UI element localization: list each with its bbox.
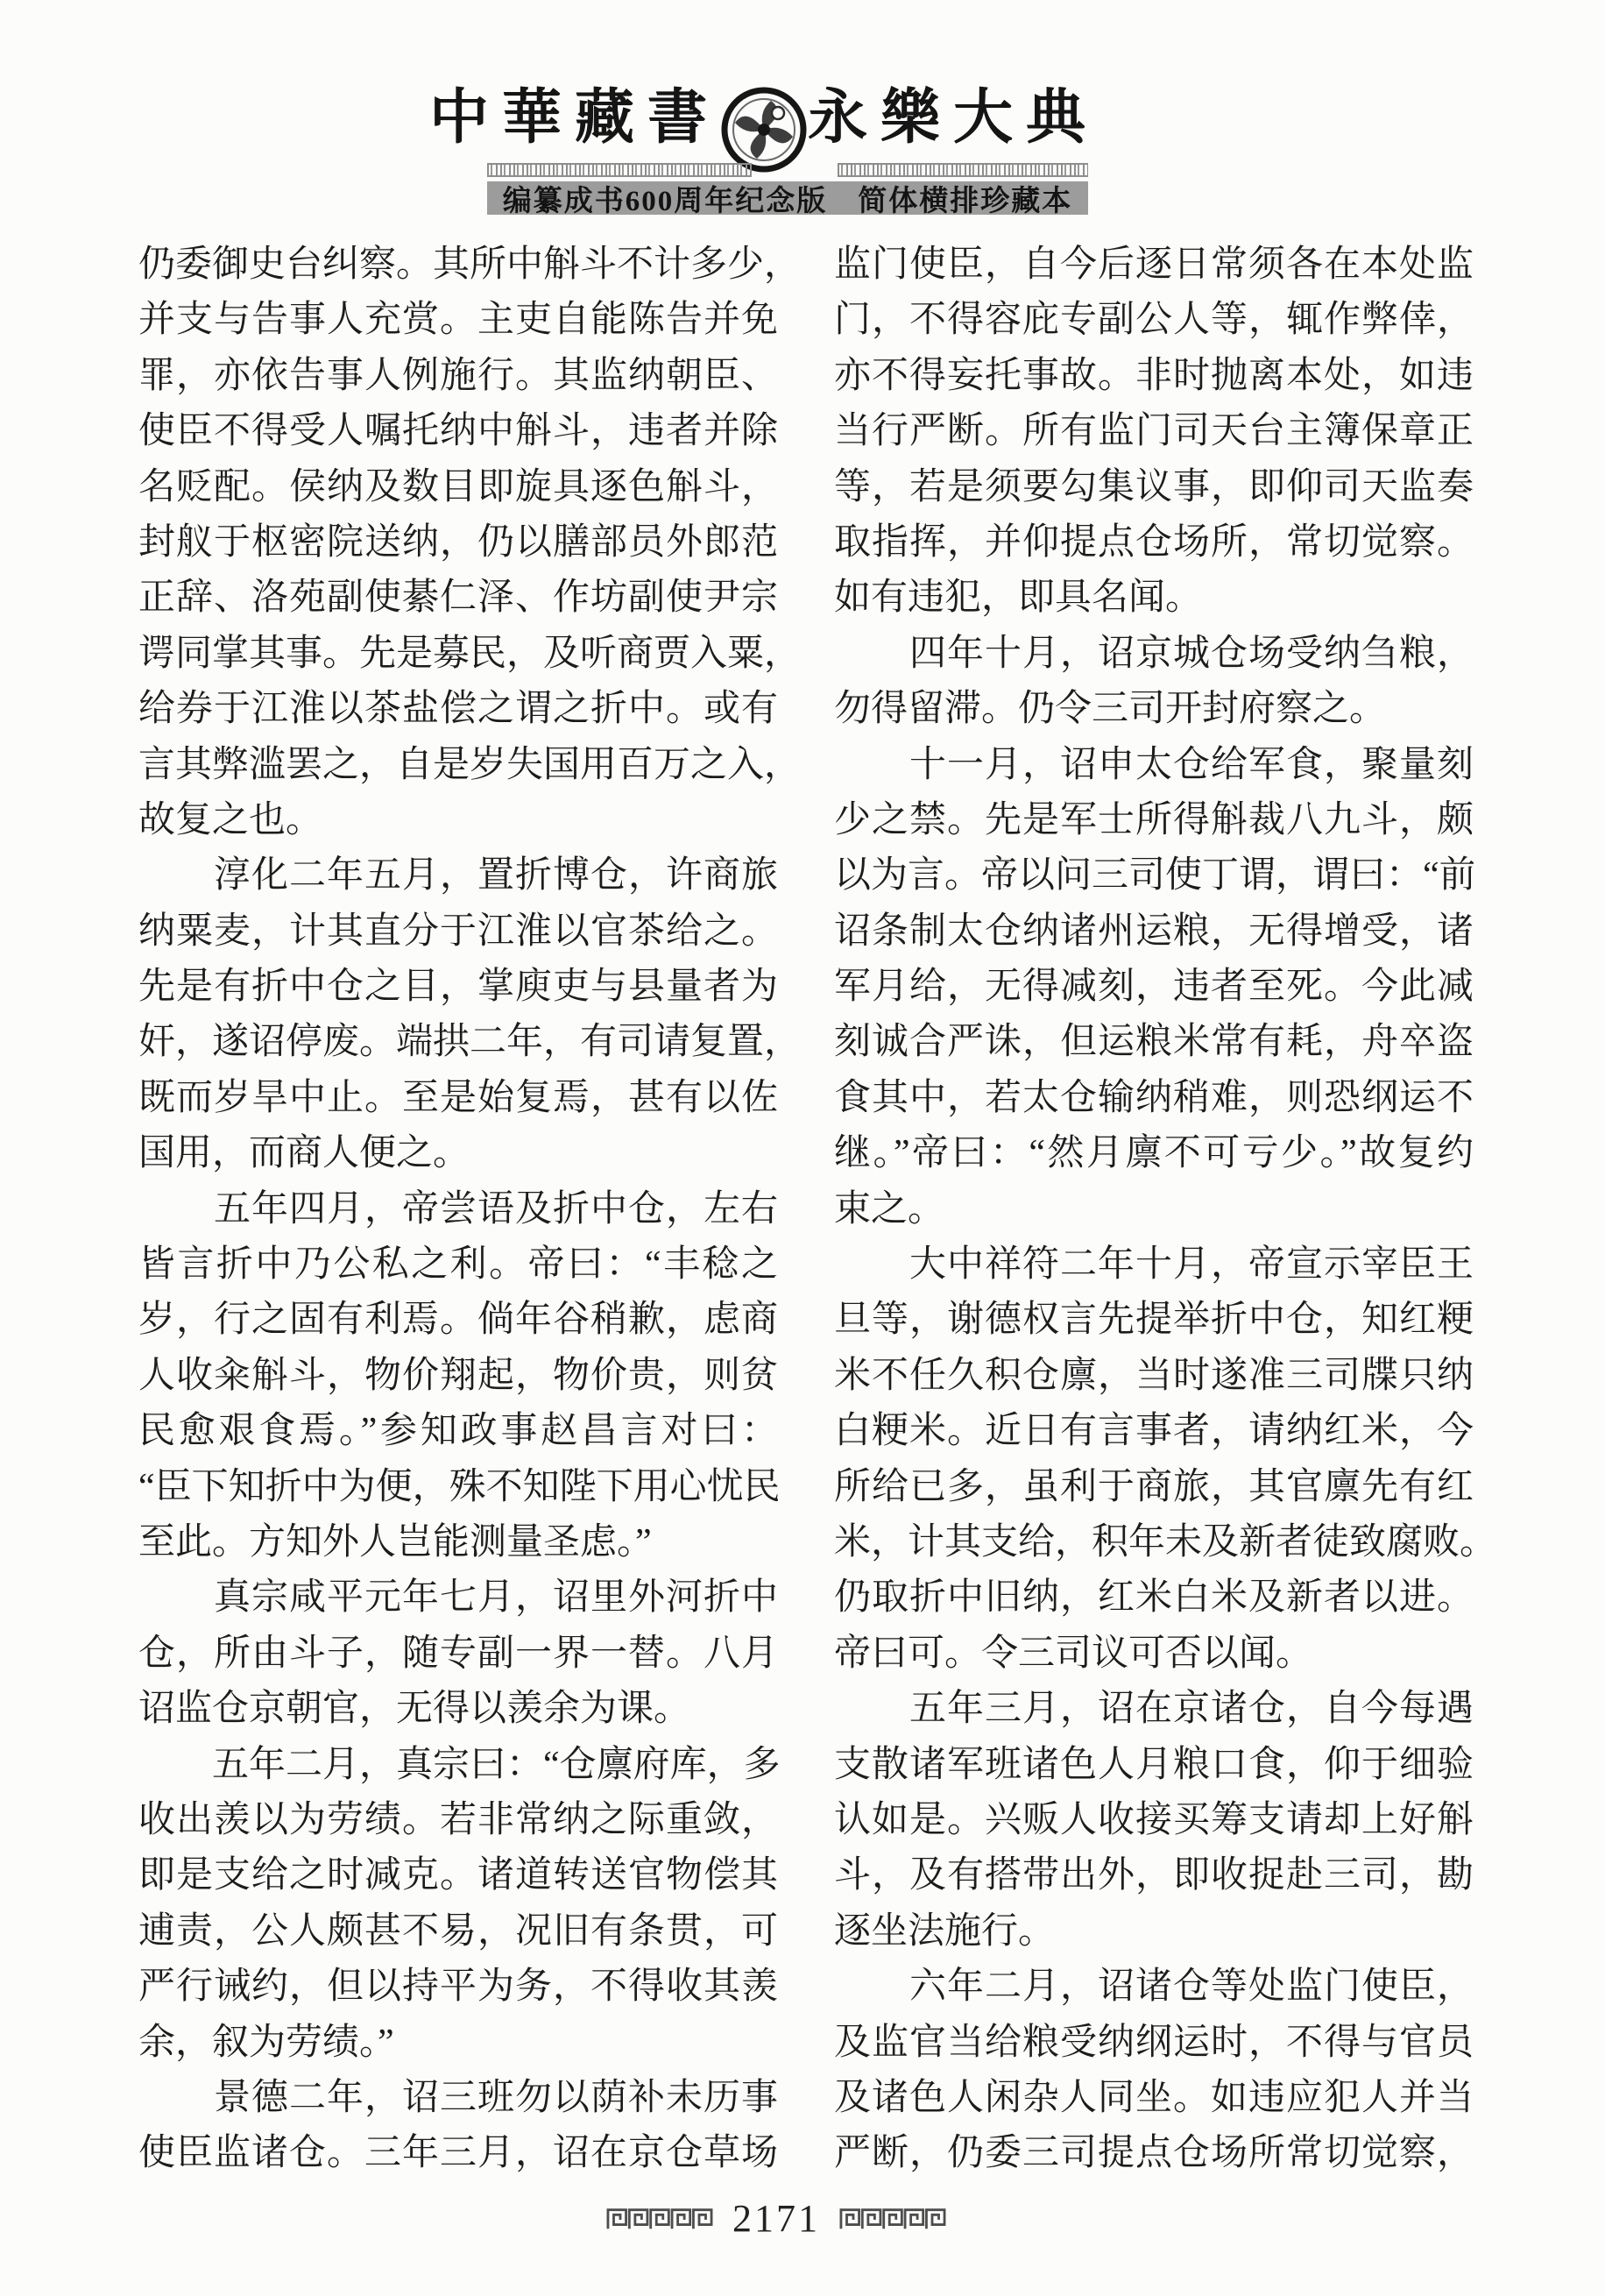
- text-line: 奸，遂诏停废。端拱二年，有司请复置，: [138, 1015, 778, 1070]
- text-line: 使臣监诸仓。三年三月，诏在京仓草场: [138, 2126, 778, 2181]
- text-line: 认如是。兴贩人收接买筹支请却上好斛: [834, 1793, 1474, 1848]
- text-line: 取指挥，并仰提点仓场所，常切觉察。: [834, 515, 1474, 570]
- text-line: 五年二月，真宗曰：“仓廪府库，多: [138, 1738, 778, 1793]
- text-line: 罪，亦依告事人例施行。其监纳朝臣、: [138, 349, 778, 404]
- text-line: 支散诸军班诸色人月粮口食，仰于细验: [834, 1738, 1474, 1793]
- text-line: 给券于江淮以茶盐偿之谓之折中。或有: [138, 682, 778, 737]
- text-line: 继。”帝曰：“然月廪不可亏少。”故复约: [834, 1126, 1474, 1181]
- text-line: 仓，所由斗子，随专副一界一替。八月: [138, 1626, 778, 1682]
- series-title: 中華藏書: [429, 88, 720, 147]
- text-line: 先是有折中仓之目，掌庾吏与县量者为: [138, 960, 778, 1015]
- text-line: 严行诫约，但以持平为务，不得收其羡: [138, 1959, 778, 2015]
- text-line: 岁，行之固有利焉。倘年谷稍歉，虑商: [138, 1293, 778, 1348]
- text-line: 所给已多，虽利于商旅，其官廪先有红: [834, 1460, 1474, 1515]
- header-ornament-right: [838, 163, 1088, 177]
- text-line: 大中祥符二年十月，帝宣示宰臣王: [834, 1237, 1474, 1293]
- text-line: 六年二月，诏诸仓等处监门使臣，: [834, 1959, 1474, 2015]
- text-line: 使臣不得受人嘱托纳中斛斗，违者并除: [138, 404, 778, 459]
- text-line: 民愈艰食焉。”参知政事赵昌言对曰：: [138, 1404, 778, 1459]
- text-line: 帝曰可。令三司议可否以闻。: [834, 1626, 1474, 1682]
- text-line: 门，不得容庇专副公人等，辄作弊倖，: [834, 293, 1474, 348]
- text-line: 真宗咸平元年七月，诏里外河折中: [138, 1570, 778, 1626]
- publisher-seal-icon: [720, 86, 808, 174]
- text-column-left: 仍委御史台纠察。其所中斛斗不计多少，并支与告事人充赏。主吏自能陈告并免罪，亦依告…: [138, 237, 778, 2182]
- footer-ornament-right-icon: [836, 2206, 950, 2232]
- text-line: 仍取折中旧纳，红米白米及新者以进。: [834, 1570, 1474, 1626]
- text-line: 如有违犯，即具名闻。: [834, 570, 1474, 626]
- text-line: 人收籴斛斗，物价翔起，物价贵，则贫: [138, 1349, 778, 1404]
- text-line: 五年三月，诏在京诸仓，自今每遇: [834, 1682, 1474, 1737]
- text-line: 少之禁。先是军士所得斛裁八九斗，颇: [834, 793, 1474, 848]
- text-line: 至此。方知外人岂能测量圣虑。”: [138, 1515, 778, 1570]
- text-line: 当行严断。所有监门司天台主簿保章正: [834, 404, 1474, 459]
- text-line: 纳粟麦，计其直分于江淮以官茶给之。: [138, 904, 778, 960]
- text-line: 监门使臣，自今后逐日常须各在本处监: [834, 237, 1474, 293]
- text-line: 收出羡以为劳绩。若非常纳之际重敛，: [138, 1793, 778, 1848]
- text-line: 诏条制太仓纳诸州运粮，无得增受，诸: [834, 904, 1474, 960]
- text-line: 言其弊滥罢之，自是岁失国用百万之入，: [138, 738, 778, 793]
- text-line: 封舣于枢密院送纳，仍以膳部员外郎范: [138, 515, 778, 570]
- text-line: 斗，及有搭带出外，即收捉赴三司，勘: [834, 1848, 1474, 1903]
- text-line: 十一月，诏申太仓给军食，聚量刻: [834, 738, 1474, 793]
- edition-banner: 编纂成书600周年纪念版 简体横排珍藏本: [487, 181, 1088, 215]
- page-number: 2171: [732, 2200, 820, 2238]
- text-line: 谔同掌其事。先是募民，及听商贾入粟，: [138, 627, 778, 682]
- text-line: “臣下知折中为便，殊不知陛下用心忧民: [138, 1460, 778, 1515]
- text-line: 逋责，公人颇甚不易，况旧有条贯，可: [138, 1904, 778, 1959]
- text-line: 等，若是须要勾集议事，即仰司天监奏: [834, 460, 1474, 515]
- text-line: 米不任久积仓廪，当时遂准三司牒只纳: [834, 1349, 1474, 1404]
- volume-title: 永樂大典: [808, 88, 1099, 147]
- text-line: 并支与告事人充赏。主吏自能陈告并免: [138, 293, 778, 348]
- header-ornament-left: [487, 163, 752, 177]
- text-line: 故复之也。: [138, 793, 778, 848]
- text-line: 四年十月，诏京城仓场受纳刍粮，: [834, 627, 1474, 682]
- text-line: 米，计其支给，积年未及新者徒致腐败。: [834, 1515, 1474, 1570]
- text-line: 国用，而商人便之。: [138, 1126, 778, 1181]
- text-line: 及诸色人闲杂人同坐。如违应犯人并当: [834, 2071, 1474, 2126]
- text-line: 束之。: [834, 1182, 1474, 1237]
- text-line: 名贬配。侯纳及数目即旋具逐色斛斗，: [138, 460, 778, 515]
- text-column-right: 监门使臣，自今后逐日常须各在本处监门，不得容庇专副公人等，辄作弊倖，亦不得妄托事…: [834, 237, 1474, 2182]
- text-line: 五年四月，帝尝语及折中仓，左右: [138, 1182, 778, 1237]
- text-line: 勿得留滞。仍令三司开封府察之。: [834, 682, 1474, 737]
- text-line: 仍委御史台纠察。其所中斛斗不计多少，: [138, 237, 778, 293]
- footer-ornament-left-icon: [603, 2206, 717, 2232]
- book-header: 中華藏書 永樂大典: [429, 72, 1081, 163]
- text-line: 及监官当给粮受纳纲运时，不得与官员: [834, 2016, 1474, 2071]
- page-footer: 2171: [0, 2196, 1552, 2242]
- text-line: 亦不得妄托事故。非时抛离本处，如违: [834, 349, 1474, 404]
- text-line: 白粳米。近日有言事者，请纳红米，今: [834, 1404, 1474, 1459]
- text-line: 淳化二年五月，置折博仓，许商旅: [138, 848, 778, 904]
- text-line: 以为言。帝以问三司使丁谓，谓曰：“前: [834, 848, 1474, 904]
- text-line: 正辞、洛苑副使綦仁泽、作坊副使尹宗: [138, 570, 778, 626]
- text-line: 即是支给之时减克。诸道转送官物偿其: [138, 1848, 778, 1903]
- text-line: 逐坐法施行。: [834, 1904, 1474, 1959]
- text-line: 严断，仍委三司提点仓场所常切觉察，: [834, 2126, 1474, 2181]
- book-page: 中華藏書 永樂大典 编纂成书600周年纪念版 简体横排珍藏本 仍委御史台纠察。其…: [0, 0, 1605, 2296]
- text-line: 景德二年，诏三班勿以荫补未历事: [138, 2071, 778, 2126]
- text-line: 军月给，无得减刻，违者至死。今此减: [834, 960, 1474, 1015]
- text-line: 诏监仓京朝官，无得以羡余为课。: [138, 1682, 778, 1737]
- text-line: 旦等，谢德权言先提举折中仓，知红粳: [834, 1293, 1474, 1348]
- text-line: 刻诚合严诛，但运粮米常有耗，舟卒盗: [834, 1015, 1474, 1070]
- text-line: 皆言折中乃公私之利。帝曰：“丰稔之: [138, 1237, 778, 1293]
- text-line: 余，叙为劳绩。”: [138, 2016, 778, 2071]
- text-line: 既而岁旱中止。至是始复焉，甚有以佐: [138, 1071, 778, 1126]
- text-line: 食其中，若太仓输纳稍难，则恐纲运不: [834, 1071, 1474, 1126]
